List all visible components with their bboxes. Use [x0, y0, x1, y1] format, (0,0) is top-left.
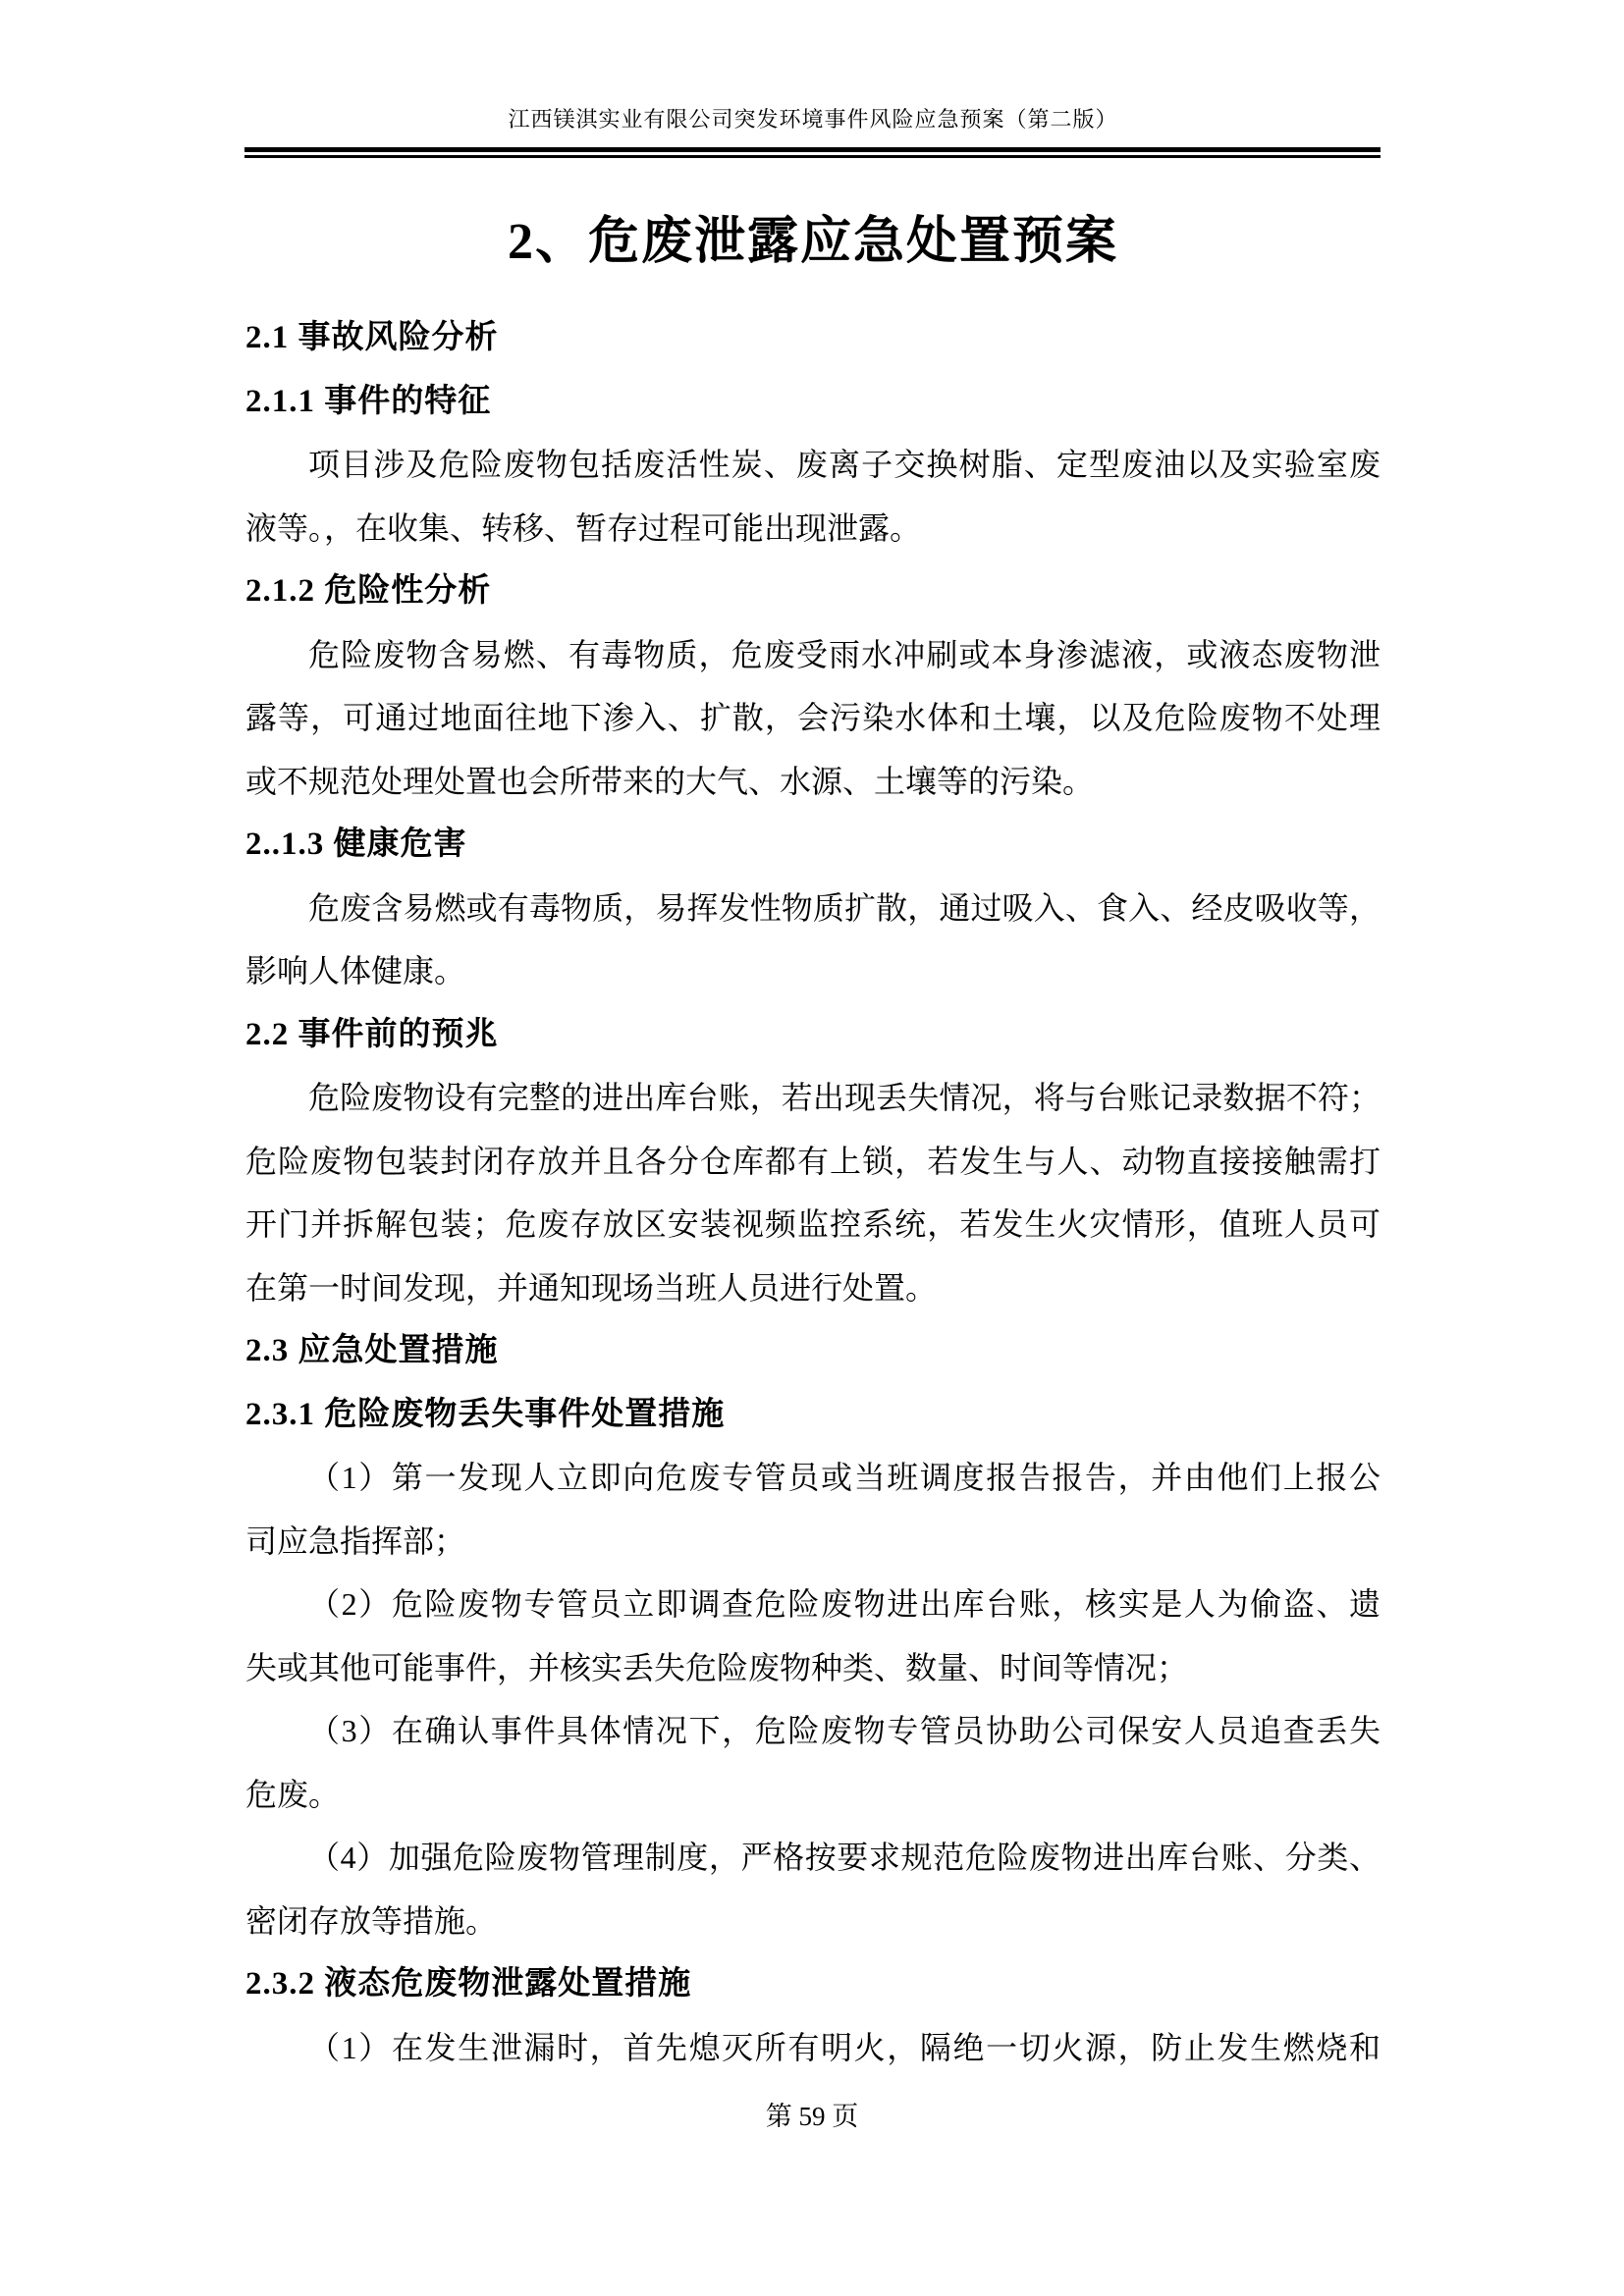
paragraph-line: （2）危险废物专管员立即调查危险废物进出库台账，核实是人为偷盗、遗 — [245, 1573, 1380, 1636]
paragraph-line: 危废含易燃或有毒物质，易挥发性物质扩散，通过吸入、食入、经皮吸收等， — [245, 877, 1380, 940]
paragraph-line: 危险废物含易燃、有毒物质，危废受雨水冲刷或本身渗滤液，或液态废物泄 — [245, 623, 1380, 687]
paragraph-line: 影响人体健康。 — [245, 939, 1380, 1003]
paragraph-line: 司应急指挥部； — [245, 1510, 1380, 1574]
paragraph-line: 项目涉及危险废物包括废活性炭、废离子交换树脂、定型废油以及实验室废 — [245, 433, 1380, 497]
paragraph-line: 露等，可通过地面往地下渗入、扩散，会污染水体和土壤，以及危险废物不处理 — [245, 686, 1380, 750]
paragraph-line: 或不规范处理处置也会所带来的大气、水源、土壤等的污染。 — [245, 750, 1380, 814]
paragraph-line: 危废。 — [245, 1763, 1380, 1827]
section-heading-2-3-2: 2.3.2 液态危废物泄露处置措施 — [245, 1952, 1380, 2016]
section-heading-2-2: 2.2 事件前的预兆 — [245, 1003, 1380, 1067]
section-heading-2-3: 2.3 应急处置措施 — [245, 1319, 1380, 1383]
paragraph-line: 危险废物包装封闭存放并且各分仓库都有上锁，若发生与人、动物直接接触需打 — [245, 1130, 1380, 1194]
running-header: 江西镁淇实业有限公司突发环境事件风险应急预案（第二版） — [245, 104, 1380, 135]
paragraph-line: （1）第一发现人立即向危废专管员或当班调度报告报告，并由他们上报公 — [245, 1446, 1380, 1510]
paragraph-line: 在第一时间发现，并通知现场当班人员进行处置。 — [245, 1256, 1380, 1320]
section-heading-2-1-2: 2.1.2 危险性分析 — [245, 560, 1380, 623]
paragraph-line: 密闭存放等措施。 — [245, 1890, 1380, 1953]
section-heading-2-3-1: 2.3.1 危险废物丢失事件处置措施 — [245, 1383, 1380, 1447]
document-page: 江西镁淇实业有限公司突发环境事件风险应急预案（第二版） 2、危废泄露应急处置预案… — [0, 0, 1624, 2296]
paragraph-line: 危险废物设有完整的进出库台账，若出现丢失情况，将与台账记录数据不符； — [245, 1066, 1380, 1130]
section-heading-2-1: 2.1 事故风险分析 — [245, 306, 1380, 370]
paragraph-line: （4）加强危险废物管理制度，严格按要求规范危险废物进出库台账、分类、 — [245, 1826, 1380, 1890]
paragraph-line: 开门并拆解包装；危废存放区安装视频监控系统，若发生火灾情形，值班人员可 — [245, 1193, 1380, 1256]
document-body: 2.1 事故风险分析 2.1.1 事件的特征 项目涉及危险废物包括废活性炭、废离… — [245, 306, 1380, 2079]
paragraph-line: （1）在发生泄漏时，首先熄灭所有明火，隔绝一切火源，防止发生燃烧和 — [245, 2016, 1380, 2080]
paragraph-line: （3）在确认事件具体情况下，危险废物专管员协助公司保安人员追查丢失 — [245, 1699, 1380, 1763]
paragraph-line: 失或其他可能事件，并核实丢失危险废物种类、数量、时间等情况； — [245, 1636, 1380, 1700]
chapter-title: 2、危废泄露应急处置预案 — [245, 210, 1380, 275]
page-number: 第 59 页 — [0, 2099, 1624, 2134]
header-rule-thin-bar — [244, 155, 1380, 158]
paragraph-line: 液等。，在收集、转移、暂存过程可能出现泄露。 — [245, 497, 1380, 561]
header-rule — [244, 147, 1380, 158]
section-heading-2-1-1: 2.1.1 事件的特征 — [245, 370, 1380, 434]
section-heading-2-1-3: 2..1.3 健康危害 — [245, 813, 1380, 877]
